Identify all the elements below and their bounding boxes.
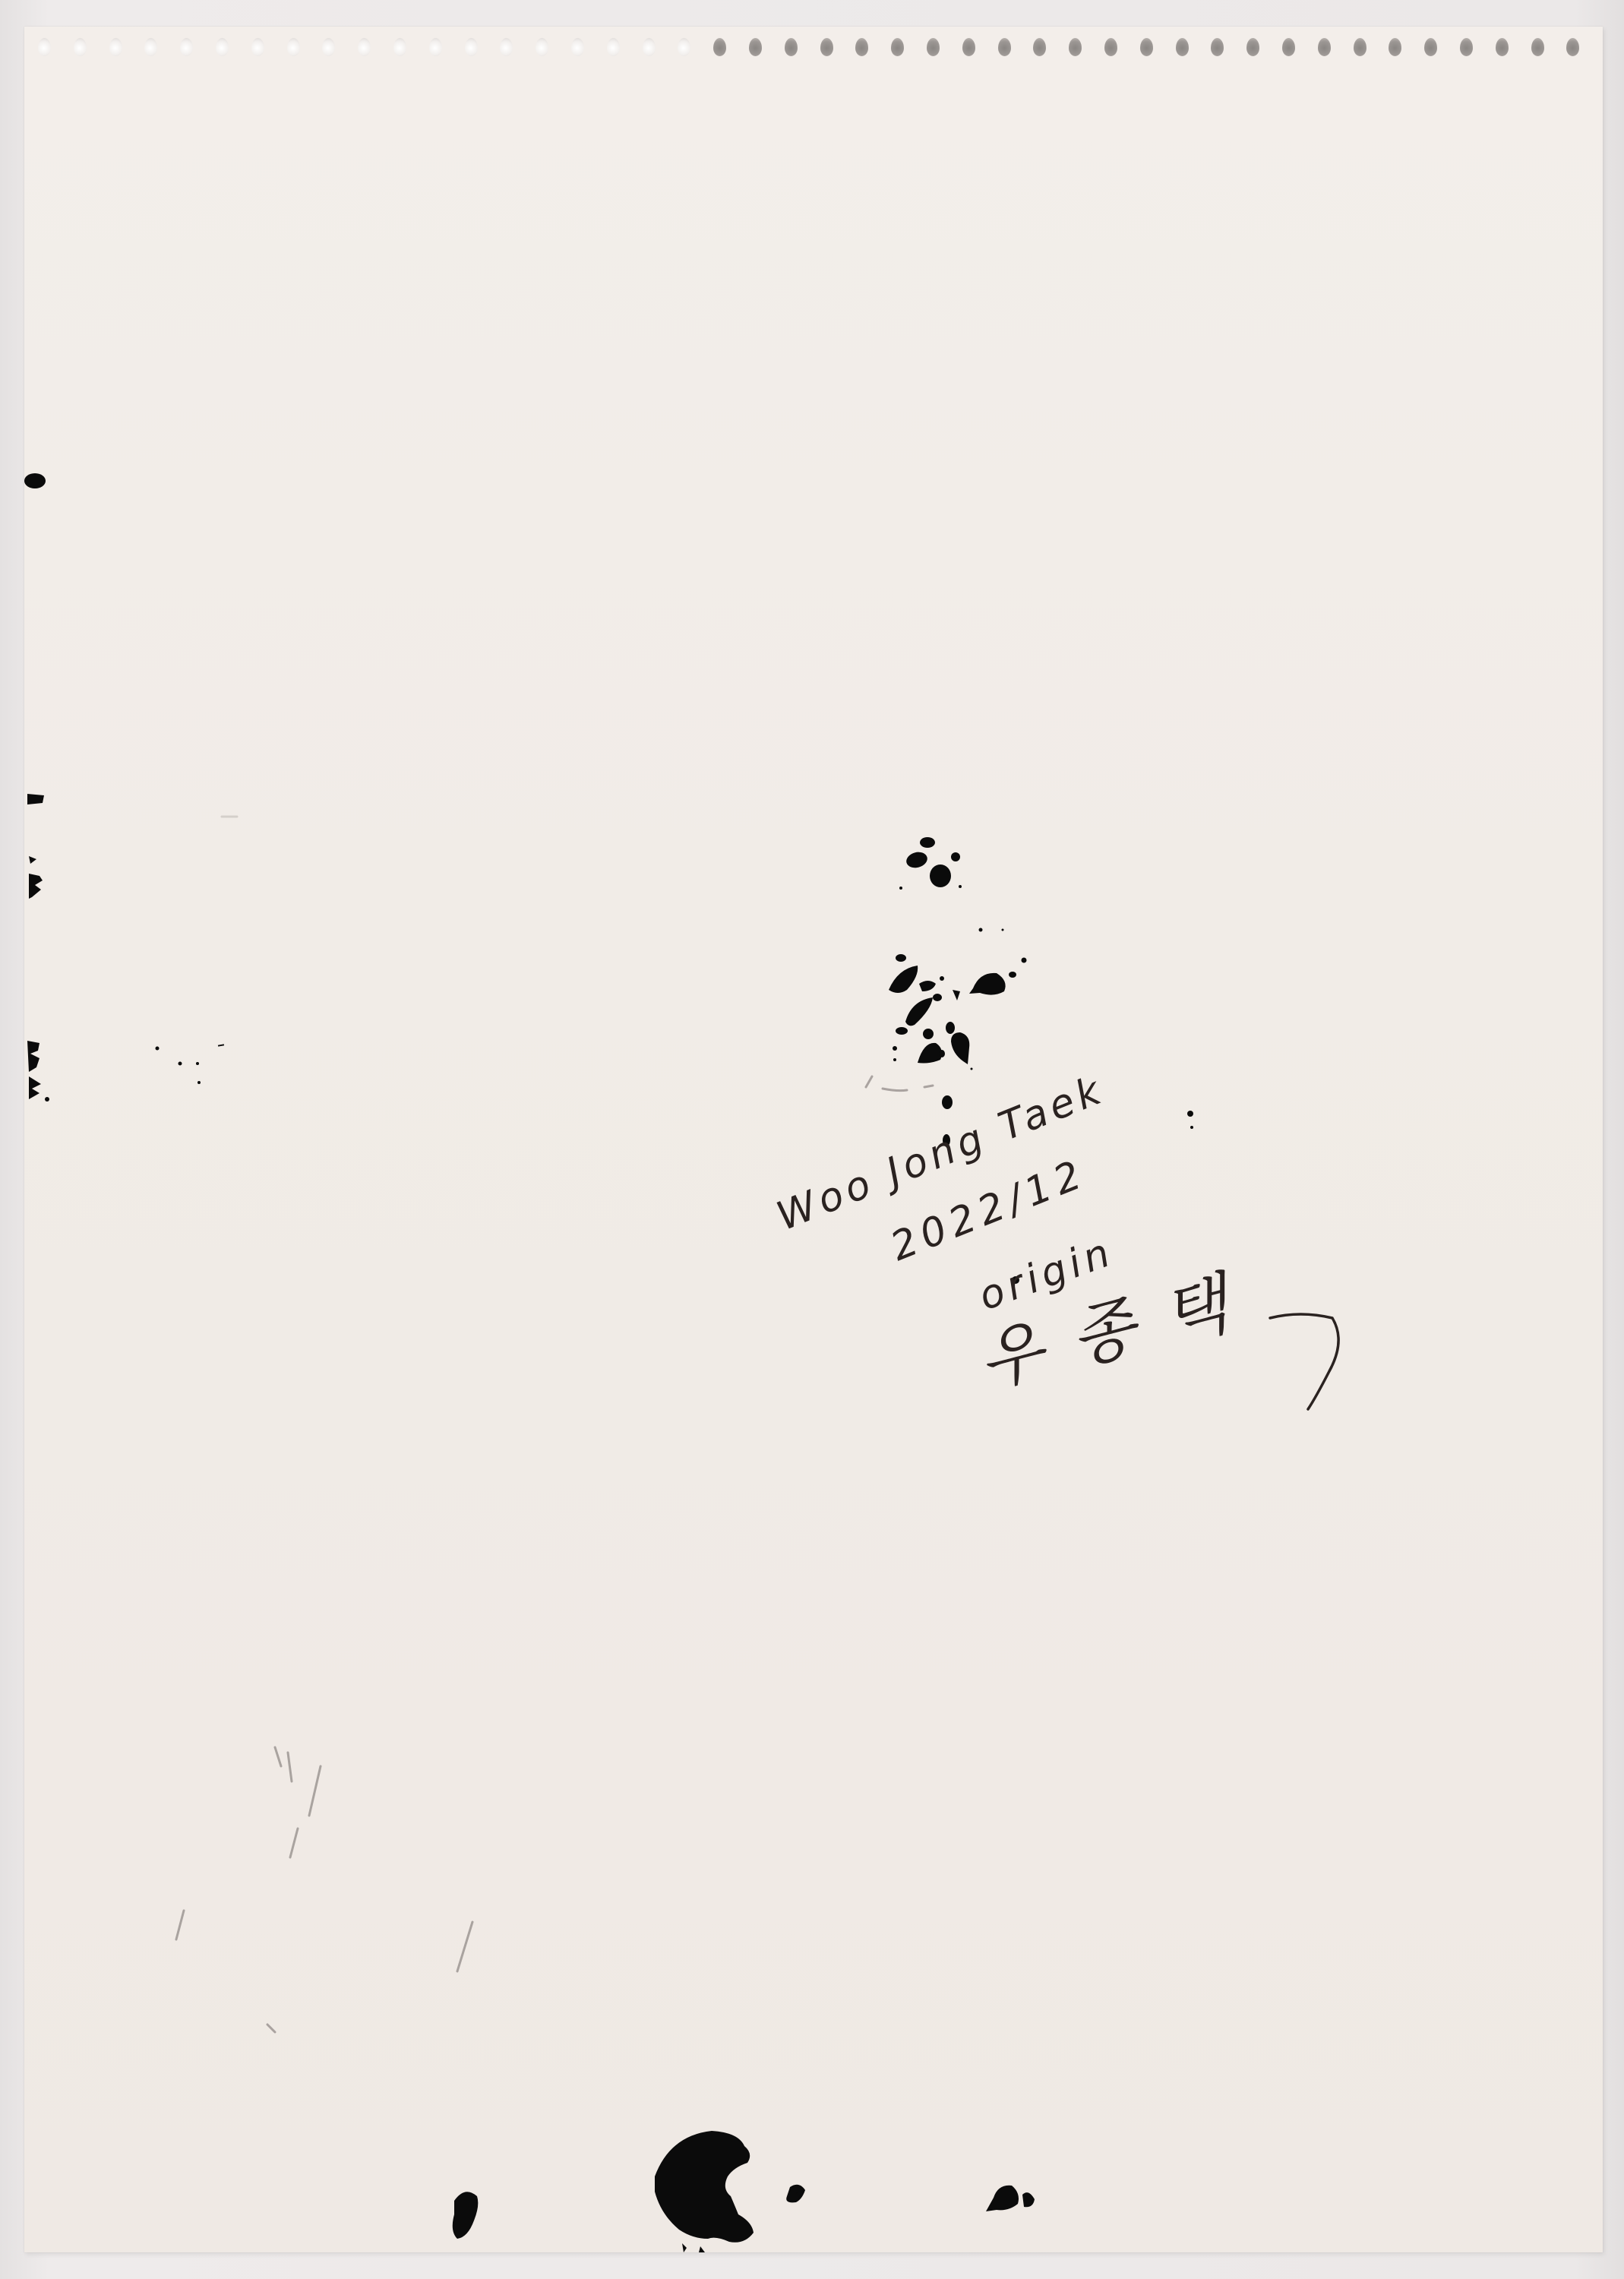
signature-flourish [1270,1314,1338,1409]
sketchbook-sheet: Woo Jong Taek 2022/12 origin 우종택 [24,27,1603,2252]
inscription: Woo Jong Taek 2022/12 origin 우종택 [24,27,1603,2252]
